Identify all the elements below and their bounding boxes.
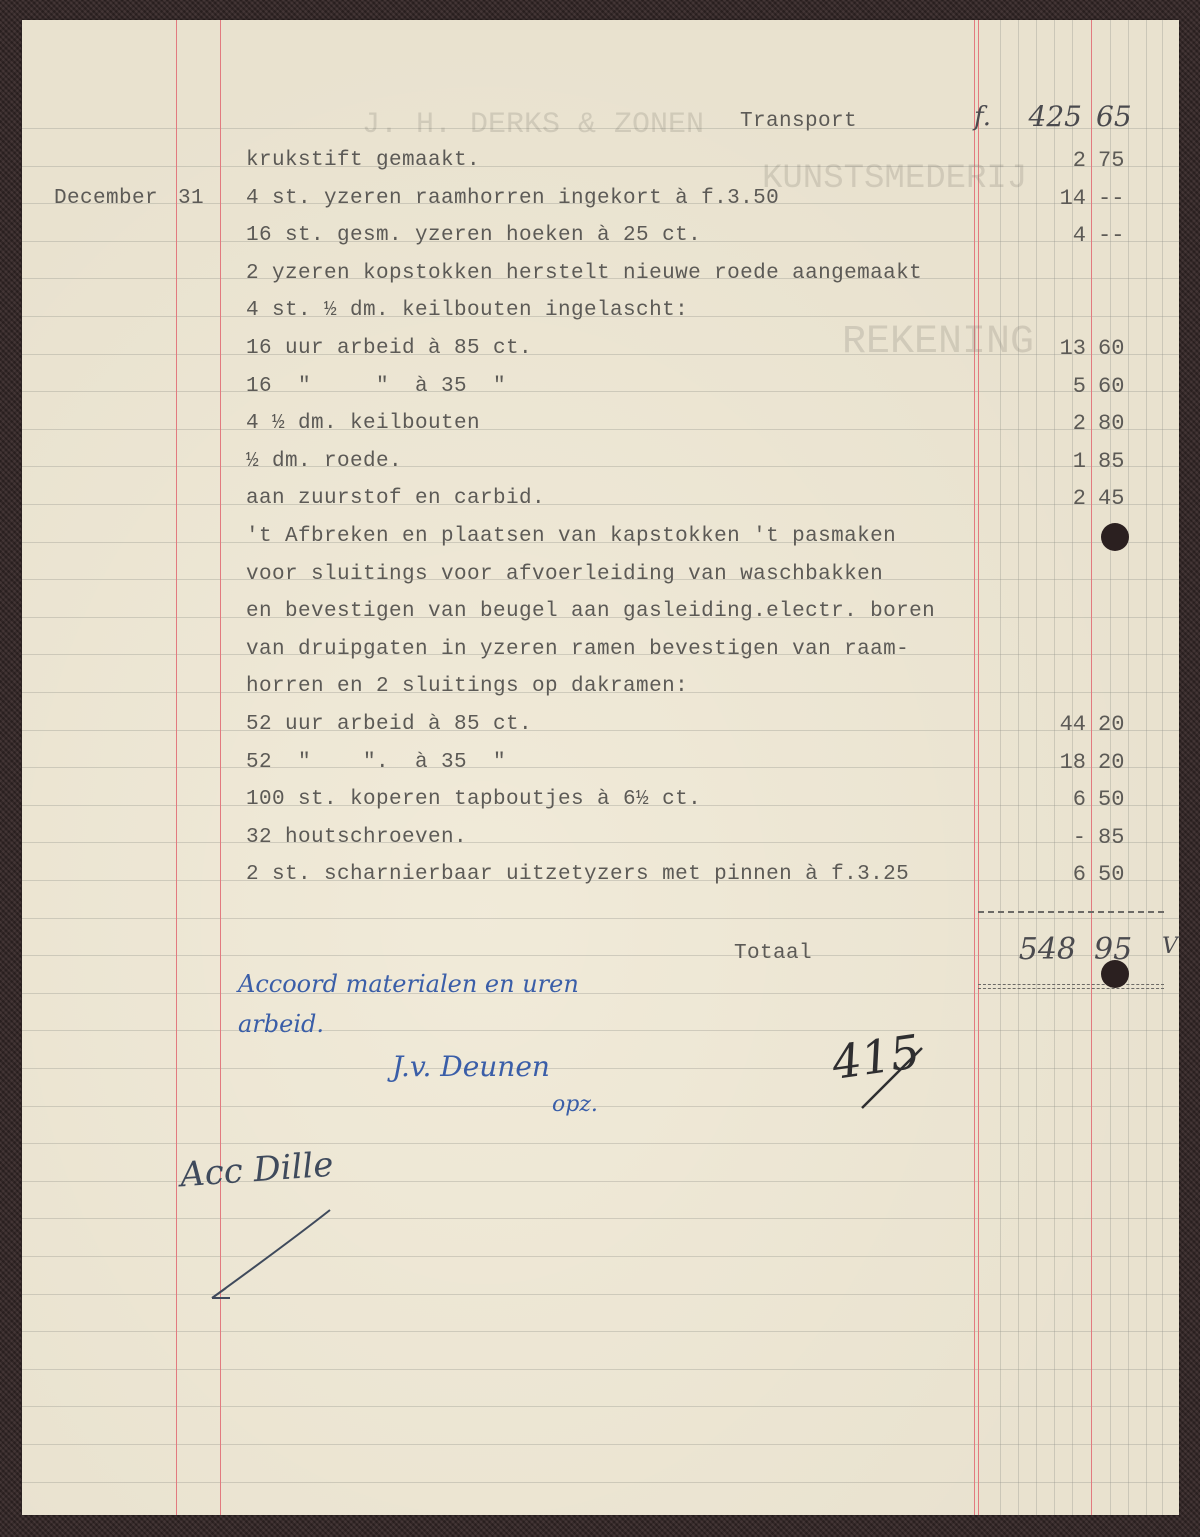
ghost-letterhead: KUNSTSMEDERIJ [762, 160, 1027, 198]
total-separator-bottom [978, 984, 1164, 985]
line-item-guilders: - [1000, 826, 1086, 850]
line-item-guilders: 4 [1000, 224, 1086, 248]
line-item-guilders: 14 [1000, 187, 1086, 211]
grid-line [1128, 20, 1129, 1515]
approval-note-line1: Accoord materialen en uren [238, 970, 579, 998]
ruled-line [22, 1331, 1179, 1332]
ruled-line [22, 1218, 1179, 1219]
ruled-line [22, 1482, 1179, 1483]
ruled-line [22, 1143, 1179, 1144]
line-item-cents: 85 [1098, 826, 1124, 850]
line-item-guilders: 18 [1000, 751, 1086, 775]
line-item-description: 2 yzeren kopstokken herstelt nieuwe roed… [246, 262, 922, 286]
line-item-cents: 60 [1098, 375, 1124, 399]
line-item-description: aan zuurstof en carbid. [246, 487, 545, 511]
number-stroke [852, 1040, 932, 1110]
line-item-description: 16 uur arbeid à 85 ct. [246, 337, 532, 361]
signature-title: opz. [552, 1092, 598, 1117]
line-item-guilders: 5 [1000, 375, 1086, 399]
punch-hole [1101, 523, 1129, 551]
line-item-description: ½ dm. roede. [246, 450, 402, 474]
line-item-description: 16 st. gesm. yzeren hoeken à 25 ct. [246, 224, 701, 248]
line-item-guilders: 2 [1000, 487, 1086, 511]
check-mark: V [1162, 934, 1178, 959]
line-item-description: en bevestigen van beugel aan gasleiding.… [246, 600, 935, 624]
transport-currency: f. [974, 102, 991, 132]
ruled-line [22, 993, 1179, 994]
line-item-guilders: 13 [1000, 337, 1086, 361]
line-item-cents: 60 [1098, 337, 1124, 361]
line-item-description: 4 st. yzeren raamhorren ingekort à f.3.5… [246, 187, 779, 211]
date-day: 31 [178, 187, 204, 211]
line-item-guilders: 44 [1000, 713, 1086, 737]
line-item-cents: 20 [1098, 713, 1124, 737]
approval-note-line2: arbeid. [238, 1010, 324, 1038]
grid-line [1162, 20, 1163, 1515]
invoice-page: J. H. DERKS & ZONEN KUNSTSMEDERIJ REKENI… [22, 20, 1179, 1515]
line-item-guilders: 2 [1000, 412, 1086, 436]
line-item-description: 32 houtschroeven. [246, 826, 467, 850]
transport-label: Transport [740, 110, 857, 134]
total-label: Totaal [734, 942, 812, 966]
ruled-line [22, 1406, 1179, 1407]
line-item-description: 16 " " à 35 " [246, 375, 506, 399]
total-guilders: 548 [990, 932, 1076, 967]
ruled-line [22, 1369, 1179, 1370]
ghost-letterhead: J. H. DERKS & ZONEN [362, 108, 704, 142]
initials: Acc Dille [179, 1145, 335, 1196]
line-item-description: 4 ½ dm. keilbouten [246, 412, 480, 436]
line-item-description: 52 uur arbeid à 85 ct. [246, 713, 532, 737]
line-item-guilders: 6 [1000, 863, 1086, 887]
total-separator-bottom-double [978, 988, 1164, 989]
line-item-guilders: 6 [1000, 788, 1086, 812]
line-item-cents: -- [1098, 224, 1124, 248]
transport-cents: 65 [1096, 100, 1132, 133]
cents-rule [1091, 20, 1092, 1515]
line-item-cents: 45 [1098, 487, 1124, 511]
line-item-description: 52 " ". à 35 " [246, 751, 506, 775]
line-item-description: 4 st. ½ dm. keilbouten ingelascht: [246, 299, 688, 323]
line-item-cents: 85 [1098, 450, 1124, 474]
ruled-line [22, 1294, 1179, 1295]
line-item-description: van druipgaten in yzeren ramen bevestige… [246, 638, 909, 662]
punch-hole [1101, 960, 1129, 988]
line-item-description: voor sluitings voor afvoerleiding van wa… [246, 563, 883, 587]
ruled-line [22, 1106, 1179, 1107]
ruled-line [22, 1030, 1179, 1031]
grid-line [1146, 20, 1147, 1515]
line-item-description: horren en 2 sluitings op dakramen: [246, 675, 688, 699]
amount-rule-left [974, 20, 975, 1515]
ruled-line [22, 1444, 1179, 1445]
line-item-cents: 20 [1098, 751, 1124, 775]
line-item-description: 2 st. scharnierbaar uitzetyzers met pinn… [246, 863, 909, 887]
line-item-cents: 50 [1098, 863, 1124, 887]
signature-flourish [202, 1200, 342, 1310]
line-item-description: krukstift gemaakt. [246, 149, 480, 173]
line-item-cents: 80 [1098, 412, 1124, 436]
line-item-guilders: 2 [1000, 149, 1086, 173]
line-item-description: 100 st. koperen tapboutjes à 6½ ct. [246, 788, 701, 812]
margin-rule-left [176, 20, 177, 1515]
ruled-line [22, 918, 1179, 919]
line-item-cents: 50 [1098, 788, 1124, 812]
date-month: December [54, 187, 158, 211]
total-separator-top [978, 911, 1164, 913]
line-item-guilders: 1 [1000, 450, 1086, 474]
ruled-line [22, 1068, 1179, 1069]
signature: J.v. Deunen [392, 1050, 550, 1083]
ruled-line [22, 1256, 1179, 1257]
line-item-cents: -- [1098, 187, 1124, 211]
transport-guilders: 425 [1012, 100, 1082, 133]
line-item-description: 't Afbreken en plaatsen van kapstokken '… [246, 525, 896, 549]
amount-rule-left-double [978, 20, 979, 1515]
line-item-cents: 75 [1098, 149, 1124, 173]
